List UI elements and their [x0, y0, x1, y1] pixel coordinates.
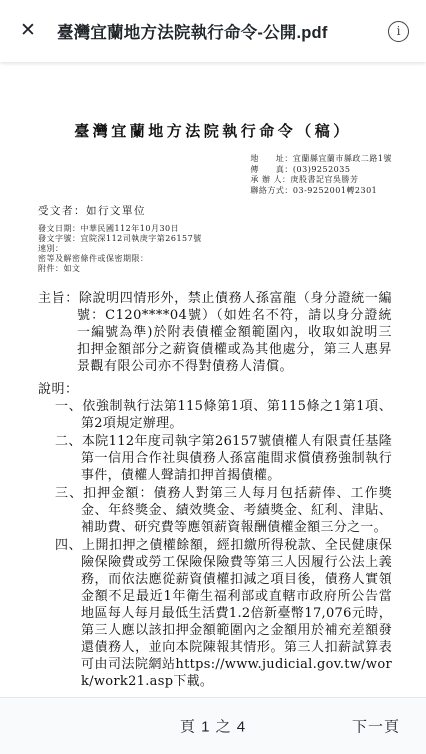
explanation-item-3: 三、扣押金額：債務人對第三人每月包括薪俸、工作獎金、年終獎金、績效獎金、考績獎金…	[55, 485, 392, 536]
explanation-item-4: 四、上開扣押之債權餘額，經扣繳所得稅款、全民健康保險保險費或勞工保險保險費等第三…	[55, 537, 392, 690]
meta-doc-number: 發文字號：宜院深112司執庚字第26157號	[38, 234, 426, 244]
meta-attachment: 附件：如文	[38, 264, 426, 274]
subject-paragraph: 主旨：除說明四情形外，禁止債務人孫富龍（身分證統一編號：C120****04號）…	[38, 290, 392, 375]
meta-confidentiality: 密等及解密條件或保密期限：	[38, 254, 426, 264]
contact-fax: 傳 真：(03)9252035	[250, 165, 392, 176]
document-filename: 臺灣宜蘭地方法院執行命令-公開.pdf	[57, 19, 378, 43]
document-meta-block: 發文日期：中華民國112年10月30日 發文字號：宜院深112司執庚字第2615…	[38, 224, 426, 274]
next-page-button[interactable]: 下一頁	[350, 710, 402, 743]
recipient-line: 受文者：如行文單位	[38, 203, 426, 218]
explanation-item-2: 二、本院112年度司執字第26157號債權人有限責任基隆第一信用合作社與債務人孫…	[55, 433, 392, 484]
document-title: 臺灣宜蘭地方法院執行命令（稿）	[0, 120, 426, 141]
item-text: 上開扣押之債權餘額，經扣繳所得稅款、全民健康保險保險費或勞工保險保險費等第三人因…	[81, 538, 392, 689]
meta-issue-date: 發文日期：中華民國112年10月30日	[38, 224, 426, 234]
contact-phone: 聯絡方式：03-9252001轉2301	[250, 186, 392, 197]
page-indicator: 頁 1 之 4	[180, 716, 246, 737]
close-icon[interactable]: ✕	[8, 11, 48, 51]
pdf-nav-bar: 頁 1 之 4 下一頁	[0, 697, 426, 754]
explanation-item-1: 一、依強制執行法第115條第1項、第115條之1第1項、第2項規定辦理。	[55, 398, 392, 432]
info-icon[interactable]: i	[388, 21, 409, 42]
contact-clerk: 承 辦 人：庚股書記官吳勝芳	[250, 175, 392, 186]
court-contact-block: 地 址：宜蘭縣宜蘭市縣政二路1號 傳 真：(03)9252035 承 辦 人：庚…	[250, 154, 392, 196]
item-number: 二、	[55, 434, 82, 449]
subject-text: 除說明四情形外，禁止債務人孫富龍（身分證統一編號：C120****04號）（如姓…	[77, 291, 392, 374]
item-text: 本院112年度司執字第26157號債權人有限責任基隆第一信用合作社與債務人孫富龍…	[81, 434, 392, 483]
item-number: 一、	[55, 399, 82, 414]
pdf-page: 臺灣宜蘭地方法院執行命令（稿） 地 址：宜蘭縣宜蘭市縣政二路1號 傳 真：(03…	[0, 62, 426, 697]
item-number: 四、	[55, 538, 82, 553]
contact-address: 地 址：宜蘭縣宜蘭市縣政二路1號	[250, 154, 392, 165]
item-text: 扣押金額：債務人對第三人每月包括薪俸、工作獎金、年終獎金、績效獎金、考績獎金、紅…	[81, 486, 392, 535]
meta-speed: 速別：	[38, 244, 426, 254]
pdf-viewer-appbar: ✕ 臺灣宜蘭地方法院執行命令-公開.pdf i	[0, 0, 426, 62]
explanation-list: 一、依強制執行法第115條第1項、第115條之1第1項、第2項規定辦理。 二、本…	[55, 398, 392, 690]
subject-label: 主旨：	[38, 291, 79, 306]
item-number: 三、	[55, 486, 83, 501]
explanation-label: 說明：	[38, 378, 426, 397]
item-text: 依強制執行法第115條第1項、第115條之1第1項、第2項規定辦理。	[81, 399, 392, 431]
